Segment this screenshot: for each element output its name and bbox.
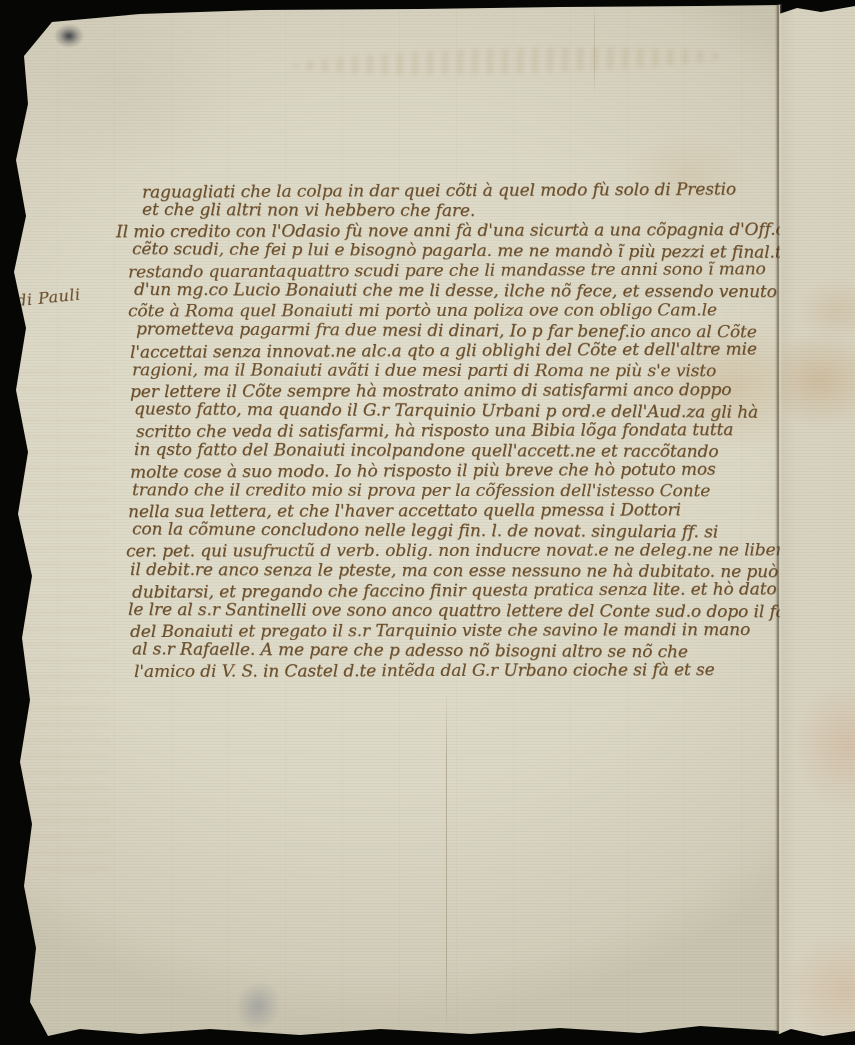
manuscript-line: molte cose à suo modo. Io hò risposto il…	[130, 459, 776, 482]
manuscript-line: con la cõmune concludono nelle leggi fin…	[132, 519, 776, 542]
photo-canvas: di Pauli raguagliati che la colpa in dar…	[0, 0, 855, 1045]
page-fold-gutter	[774, 4, 782, 1034]
top-crease	[594, 6, 595, 96]
manuscript-line: et che gli altri non vi hebbero che fare…	[142, 200, 776, 222]
manuscript-line: il debit.re anco senza le pteste, ma con…	[130, 560, 776, 582]
smudge-mark	[229, 974, 287, 1037]
manuscript-line: al s.r Rafaelle. A me pare che p adesso …	[132, 639, 776, 662]
margin-annotation: di Pauli	[15, 285, 81, 311]
manuscript-line: scritto che veda di satisfarmi, hà rispo…	[136, 420, 776, 442]
manuscript-line: cer. pet. qui usufructũ d verb. oblig. n…	[126, 540, 776, 561]
vertical-crease	[446, 690, 447, 1035]
manuscript-line: dubitarsi, et pregando che faccino finir…	[132, 579, 776, 602]
manuscript-line: ragioni, ma il Bonaiuti avãti i due mesi…	[132, 360, 776, 381]
manuscript-line: restando quarantaquattro scudi pare che …	[128, 259, 776, 282]
manuscript-line: l'accettai senza innovat.ne alc.a qto a …	[130, 339, 776, 362]
manuscript-line: nella sua lettera, et che l'haver accett…	[128, 500, 776, 522]
manuscript-text: raguagliati che la colpa in dar quei cõt…	[128, 181, 776, 681]
manuscript-line: per lettere il Cõte sempre hà mostrato a…	[130, 380, 776, 402]
manuscript-page: di Pauli raguagliati che la colpa in dar…	[0, 0, 780, 1045]
manuscript-line: raguagliati che la colpa in dar quei cõt…	[142, 179, 776, 202]
manuscript-line: in qsto fatto del Bonaiuti incolpandone …	[134, 440, 776, 462]
manuscript-line: cõte à Roma quel Bonaiuti mi portò una p…	[128, 300, 776, 321]
ink-blot	[54, 24, 84, 48]
show-through-ghost	[292, 43, 725, 80]
manuscript-line: del Bonaiuti et pregato il s.r Tarquinio…	[130, 620, 776, 642]
manuscript-line: d'un mg.co Lucio Bonaiuti che me li dess…	[134, 280, 776, 302]
manuscript-line: questo fatto, ma quando il G.r Tarquinio…	[134, 399, 776, 422]
manuscript-line: le lre al s.r Santinelli ove sono anco q…	[128, 600, 776, 622]
facing-page	[779, 0, 855, 1045]
manuscript-line: trando che il credito mio si prova per l…	[132, 480, 776, 501]
manuscript-line: l'amico di V. S. in Castel d.te intẽda d…	[134, 660, 776, 682]
